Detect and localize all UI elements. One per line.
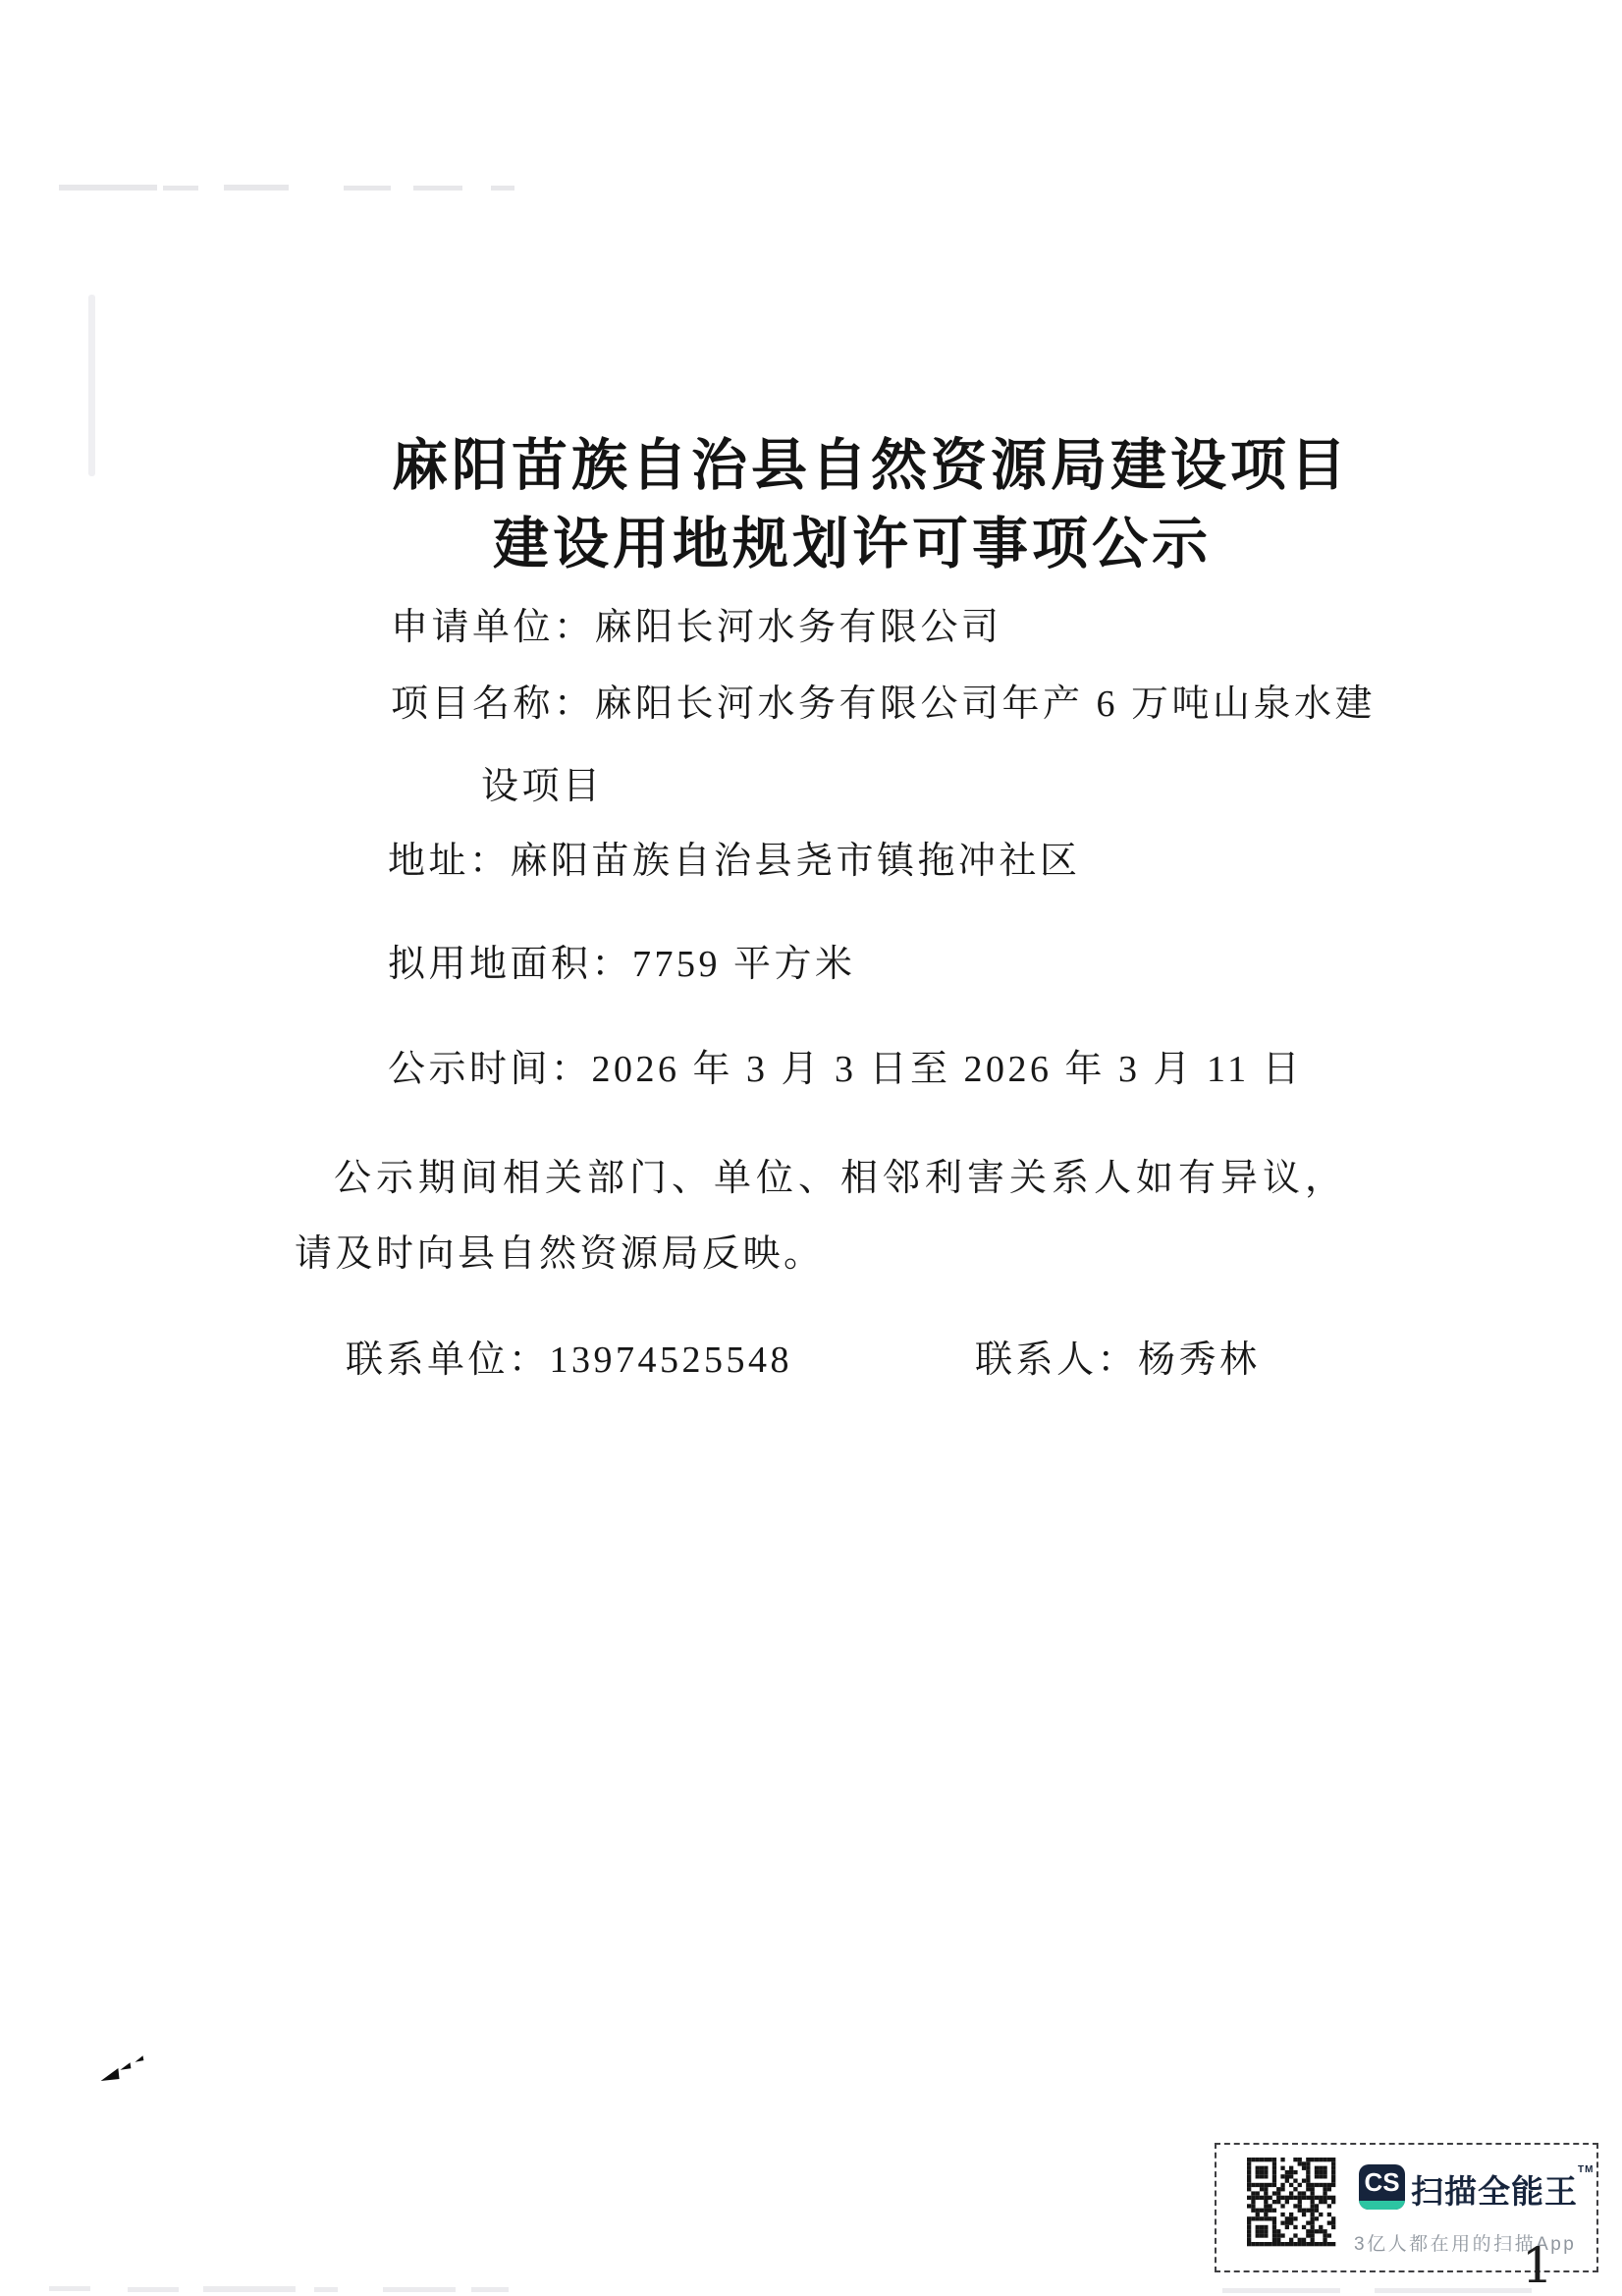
objection-line2: 请及时向县自然资源局反映。: [295, 1235, 825, 1273]
scan-artifact-bottom-streak: [314, 2287, 338, 2292]
scan-artifact-bottom-streak: [383, 2287, 456, 2292]
doc-title-line2: 建设用地规划许可事项公示: [493, 517, 1212, 573]
applicant-line: 申请单位：麻阳长河水务有限公司: [391, 609, 1002, 646]
doc-title-line1: 麻阳苗族自治县自然资源局建设项目: [392, 438, 1350, 494]
scan-artifact-scribble: [120, 2062, 132, 2069]
scanned-document-page: 麻阳苗族自治县自然资源局建设项目 建设用地规划许可事项公示 申请单位：麻阳长河水…: [0, 0, 1622, 2296]
scan-artifact-scribble: [135, 2055, 144, 2061]
scan-artifact-bottom-streak: [1222, 2288, 1340, 2293]
scan-artifact-bottom-streak: [471, 2287, 509, 2292]
scan-artifact-top-dash: [491, 186, 514, 191]
scan-artifact-bottom-streak: [1375, 2288, 1532, 2293]
contact-unit-line: 联系单位：13974525548: [346, 1341, 792, 1379]
scan-artifact-top-dash: [163, 186, 198, 191]
camscanner-brand-text: 扫描全能王: [1411, 2173, 1578, 2210]
scan-artifact-bottom-streak: [49, 2286, 90, 2291]
project-name-line2: 设项目: [481, 768, 604, 805]
scan-artifact-top-dash: [59, 185, 157, 191]
page-number: 1: [1522, 2241, 1553, 2290]
qr-code-icon: [1244, 2155, 1342, 2253]
camscanner-logo-strip: [1359, 2201, 1405, 2210]
camscanner-brand-name: 扫描全能王TM: [1411, 2166, 1594, 2213]
scan-artifact-top-dash: [344, 186, 391, 191]
publicity-period-line: 公示时间：2026 年 3 月 3 日至 2026 年 3 月 11 日: [388, 1051, 1303, 1088]
camscanner-logo-letters: CS: [1364, 2164, 1399, 2200]
scan-artifact-bottom-streak: [203, 2286, 296, 2292]
scan-artifact-top-dash: [224, 185, 289, 191]
address-line: 地址：麻阳苗族自治县尧市镇拖冲社区: [388, 843, 1081, 880]
land-area-line: 拟用地面积：7759 平方米: [388, 946, 856, 983]
scan-artifact-scribble: [99, 2068, 119, 2081]
camscanner-trademark: TM: [1578, 2164, 1594, 2175]
objection-line1: 公示期间相关部门、单位、相邻利害关系人如有异议，: [334, 1160, 1347, 1197]
camscanner-logo-icon: CS: [1359, 2164, 1405, 2210]
scan-artifact-vertical-smudge: [88, 295, 95, 476]
project-name-line1: 项目名称：麻阳长河水务有限公司年产 6 万吨山泉水建: [391, 685, 1376, 723]
scan-artifact-bottom-streak: [128, 2287, 179, 2292]
contact-person-line: 联系人：杨秀林: [975, 1341, 1261, 1379]
scan-artifact-top-dash: [413, 186, 462, 191]
